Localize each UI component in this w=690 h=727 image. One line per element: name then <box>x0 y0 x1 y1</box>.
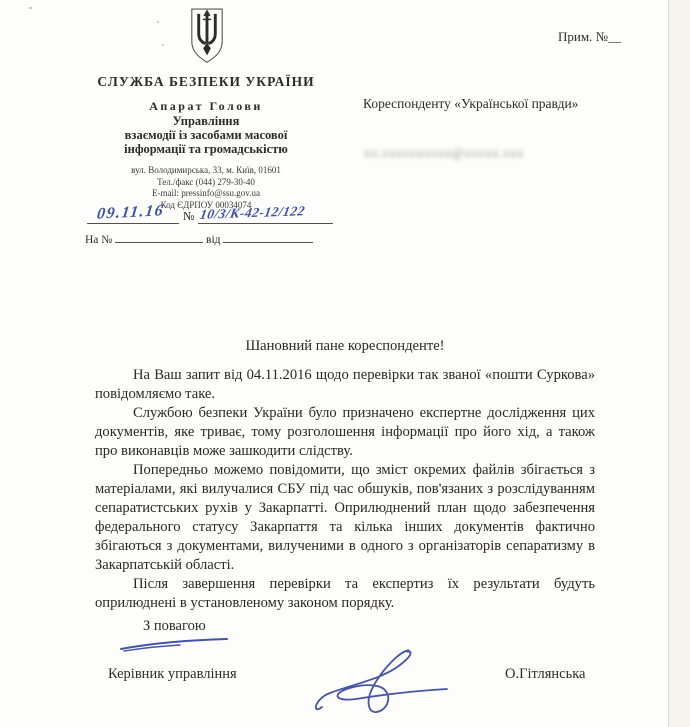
addressee: Кореспонденту «Української правди» <box>363 96 578 112</box>
letterhead-contacts: вул. Володимирська, 33, м. Київ, 01601 Т… <box>60 165 352 211</box>
address-line: вул. Володимирська, 33, м. Київ, 01601 <box>60 165 352 177</box>
scan-speck <box>157 21 159 23</box>
paragraph-2: Службою безпеки України було призначено … <box>95 404 595 461</box>
reply-prefix: На № <box>85 234 112 246</box>
scan-speck <box>162 44 164 46</box>
email-line: E-mail: pressinfo@ssu.gov.ua <box>60 188 352 200</box>
reply-date-blank <box>223 231 313 243</box>
dept-line-3: взаємодії із засобами масової <box>60 128 352 142</box>
regards-line: З повагою <box>143 618 206 635</box>
org-name: СЛУЖБА БЕЗПЕКИ УКРАЇНИ <box>60 74 352 90</box>
paragraph-3: Попередньо можемо повідомити, що зміст о… <box>95 461 595 575</box>
reply-from-label: від <box>206 234 220 246</box>
copy-number-note: Прим. №__ <box>558 29 621 45</box>
dept-line-2: Управління <box>60 114 352 128</box>
salutation: Шановний пане кореспонденте! <box>95 337 595 356</box>
dept-line-1: Апарат Голови <box>60 99 352 114</box>
reply-reference-row: На № від <box>85 231 313 246</box>
pen-flourish <box>118 637 230 658</box>
scan-page-edge <box>668 0 690 727</box>
scanned-letter-page: СЛУЖБА БЕЗПЕКИ УКРАЇНИ Апарат Голови Упр… <box>0 0 690 727</box>
letter-body: Шановний пане кореспонденте! На Ваш запи… <box>95 337 595 613</box>
scan-speck <box>29 7 32 9</box>
letterhead-block: СЛУЖБА БЕЗПЕКИ УКРАЇНИ Апарат Голови Упр… <box>60 74 352 211</box>
signer-position: Керівник управління <box>108 666 237 683</box>
phone-line: Тел./факс (044) 279-30-40 <box>60 177 352 189</box>
dept-line-4: інформації та громадськістю <box>60 142 352 156</box>
handwritten-date: 09.11.16 <box>96 202 165 224</box>
signer-name: О.Гітлянська <box>505 666 585 683</box>
redacted-email: xx.xxxxxxxxxx@xxxxx.xxx <box>364 145 524 161</box>
paragraph-1: На Ваш запит від 04.11.2016 щодо перевір… <box>95 366 595 404</box>
reply-number-blank <box>115 231 203 243</box>
handwritten-ref-number: 10/3/К-42-12/122 <box>199 203 307 223</box>
paragraph-4: Після завершення перевірки та експертиз … <box>95 575 595 613</box>
date-underline <box>87 222 179 224</box>
number-underline <box>198 222 333 224</box>
number-symbol: № <box>183 209 194 224</box>
ukraine-trident-emblem-icon <box>184 7 230 70</box>
handwritten-signature <box>306 643 451 727</box>
